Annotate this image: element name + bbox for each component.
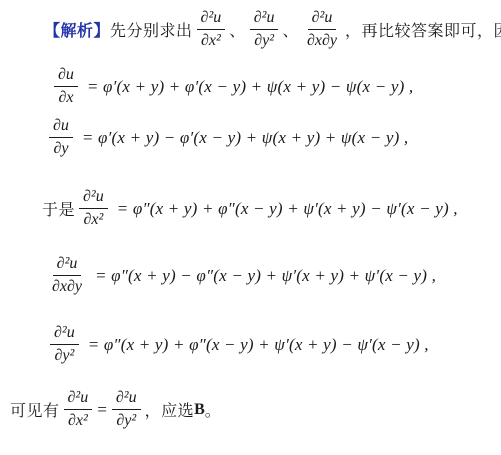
- fraction-denominator: ∂y: [49, 138, 72, 159]
- fraction-numerator: ∂²u: [53, 254, 82, 276]
- equation-d2u-dy2: ∂²u ∂y² = φ″(x + y) + φ″(x − y) + ψ′(x +…: [0, 323, 501, 366]
- conclusion-period: 。: [205, 398, 222, 421]
- intro-tail-text: ，再比较答案即可，因为: [345, 18, 501, 41]
- fraction-numerator: ∂²u: [308, 8, 337, 30]
- fraction-denominator: ∂x²: [64, 410, 92, 431]
- fraction-d2u-dx2: ∂²u ∂x²: [197, 8, 226, 51]
- answer-choice: B: [194, 401, 205, 419]
- fraction-d2u-dxdy: ∂²u ∂x∂y: [48, 254, 86, 297]
- fraction-denominator: ∂y²: [50, 345, 78, 366]
- equation-d2u-dxdy: ∂²u ∂x∂y = φ″(x + y) − φ″(x − y) + ψ′(x …: [0, 254, 501, 297]
- conclusion-tail-text: ，应选: [145, 398, 195, 421]
- analysis-tag: 【解析】: [44, 18, 110, 41]
- fraction-numerator: ∂²u: [112, 388, 141, 410]
- fraction-d2u-dx2: ∂²u ∂x²: [64, 388, 93, 431]
- fraction-numerator: ∂²u: [79, 187, 108, 209]
- fraction-numerator: ∂u: [54, 65, 78, 87]
- equation-rhs: = φ′(x + y) + φ′(x − y) + ψ(x + y) − ψ(x…: [87, 77, 413, 97]
- fraction-numerator: ∂²u: [50, 323, 79, 345]
- conclusion-line: 可见有 ∂²u ∂x² = ∂²u ∂y² ，应选 B 。: [0, 388, 501, 431]
- fraction-denominator: ∂x: [54, 87, 77, 108]
- equation-rhs: = φ″(x + y) + φ″(x − y) + ψ′(x + y) − ψ′…: [88, 335, 429, 355]
- fraction-numerator: ∂²u: [64, 388, 93, 410]
- fraction-du-dx: ∂u ∂x: [54, 65, 78, 108]
- fraction-denominator: ∂x²: [79, 209, 107, 230]
- enumeration-comma: 、: [282, 18, 299, 41]
- equals-sign: =: [96, 400, 108, 420]
- fraction-d2u-dy2: ∂²u ∂y²: [250, 8, 279, 51]
- fraction-d2u-dy2: ∂²u ∂y²: [50, 323, 79, 366]
- fraction-numerator: ∂²u: [250, 8, 279, 30]
- fraction-denominator: ∂x²: [197, 30, 225, 51]
- intro-lead-text: 先分别求出: [110, 18, 193, 41]
- fraction-d2u-dy2: ∂²u ∂y²: [112, 388, 141, 431]
- fraction-numerator: ∂²u: [197, 8, 226, 30]
- equation-rhs: = φ″(x + y) − φ″(x − y) + ψ′(x + y) + ψ′…: [95, 266, 436, 286]
- equation-du-dy: ∂u ∂y = φ′(x + y) − φ′(x − y) + ψ(x + y)…: [0, 116, 501, 159]
- fraction-d2u-dxdy: ∂²u ∂x∂y: [303, 8, 341, 51]
- solution-document: 【解析】 先分别求出 ∂²u ∂x² 、 ∂²u ∂y² 、 ∂²u ∂x∂y …: [0, 8, 501, 455]
- enumeration-comma: 、: [229, 18, 246, 41]
- intro-line: 【解析】 先分别求出 ∂²u ∂x² 、 ∂²u ∂y² 、 ∂²u ∂x∂y …: [0, 8, 501, 51]
- equation-du-dx: ∂u ∂x = φ′(x + y) + φ′(x − y) + ψ(x + y)…: [0, 65, 501, 108]
- equation-d2u-dx2: 于是 ∂²u ∂x² = φ″(x + y) + φ″(x − y) + ψ′(…: [0, 187, 501, 230]
- fraction-denominator: ∂y²: [250, 30, 278, 51]
- fraction-du-dy: ∂u ∂y: [49, 116, 73, 159]
- equation-rhs: = φ′(x + y) − φ′(x − y) + ψ(x + y) + ψ(x…: [82, 128, 408, 148]
- fraction-numerator: ∂u: [49, 116, 73, 138]
- conclusion-lead-text: 可见有: [10, 398, 60, 421]
- equation-rhs: = φ″(x + y) + φ″(x − y) + ψ′(x + y) − ψ′…: [117, 199, 458, 219]
- fraction-denominator: ∂x∂y: [48, 276, 86, 297]
- fraction-d2u-dx2: ∂²u ∂x²: [79, 187, 108, 230]
- fraction-denominator: ∂y²: [112, 410, 140, 431]
- fraction-denominator: ∂x∂y: [303, 30, 341, 51]
- equation-lead-text: 于是: [42, 197, 75, 220]
